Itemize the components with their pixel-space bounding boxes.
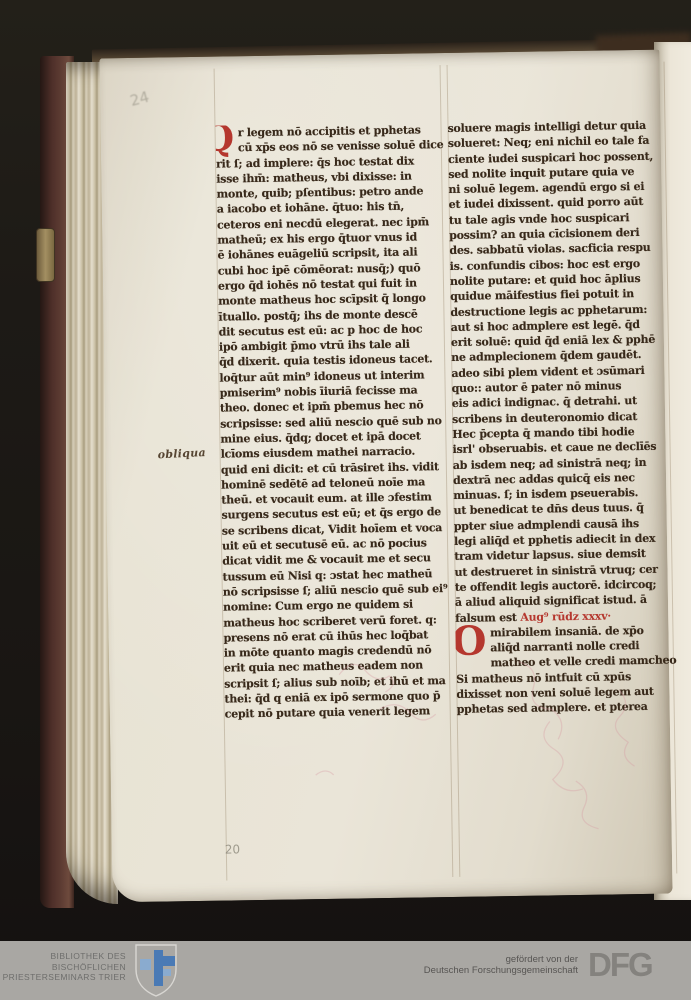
left-column-text: r legem nō accipitis et pphetas cū xp̄s …	[216, 123, 448, 720]
funding-credit-line2: Deutschen Forschungsgemeinschaft	[330, 965, 578, 976]
rubricated-initial-Q: Q	[215, 124, 234, 153]
library-name-line1: BIBLIOTHEK DES	[0, 951, 126, 962]
funding-credit: gefördert von der Deutschen Forschungsge…	[330, 954, 578, 976]
book-clasp	[36, 228, 55, 282]
ink-show-through-marks	[219, 649, 683, 906]
rubric-heading-black: falsum est	[455, 610, 520, 624]
manuscript-page: 24 Qr legem nō accipitis et pphetas cū x…	[99, 50, 672, 903]
manuscript-scan-viewport: 24 Qr legem nō accipitis et pphetas cū x…	[0, 0, 691, 1000]
funding-credit-line1: gefördert von der	[330, 954, 578, 965]
library-name-line3: PRIESTERSEMINARS TRIER	[0, 972, 126, 983]
margin-note-obliqua: obliqua	[157, 446, 206, 461]
library-name-line2: BISCHÖFLICHEN	[0, 962, 126, 973]
library-logo-shield-icon	[130, 942, 182, 1000]
right-column-text-block1: soluere magis intelligi detur quia solue…	[447, 117, 683, 610]
rubric-heading-red: Aug⁹ rūdz xxxv·	[520, 609, 611, 623]
footer-banner: BIBLIOTHEK DES BISCHÖFLICHEN PRIESTERSEM…	[0, 941, 691, 1000]
text-column-left: Qr legem nō accipitis et pphetas cū xp̄s…	[215, 122, 453, 741]
pencil-page-number: 20	[225, 842, 240, 856]
library-name: BIBLIOTHEK DES BISCHÖFLICHEN PRIESTERSEM…	[0, 951, 126, 983]
pencil-folio-number: 24	[128, 88, 151, 110]
dfg-logo: DFG	[588, 945, 688, 985]
